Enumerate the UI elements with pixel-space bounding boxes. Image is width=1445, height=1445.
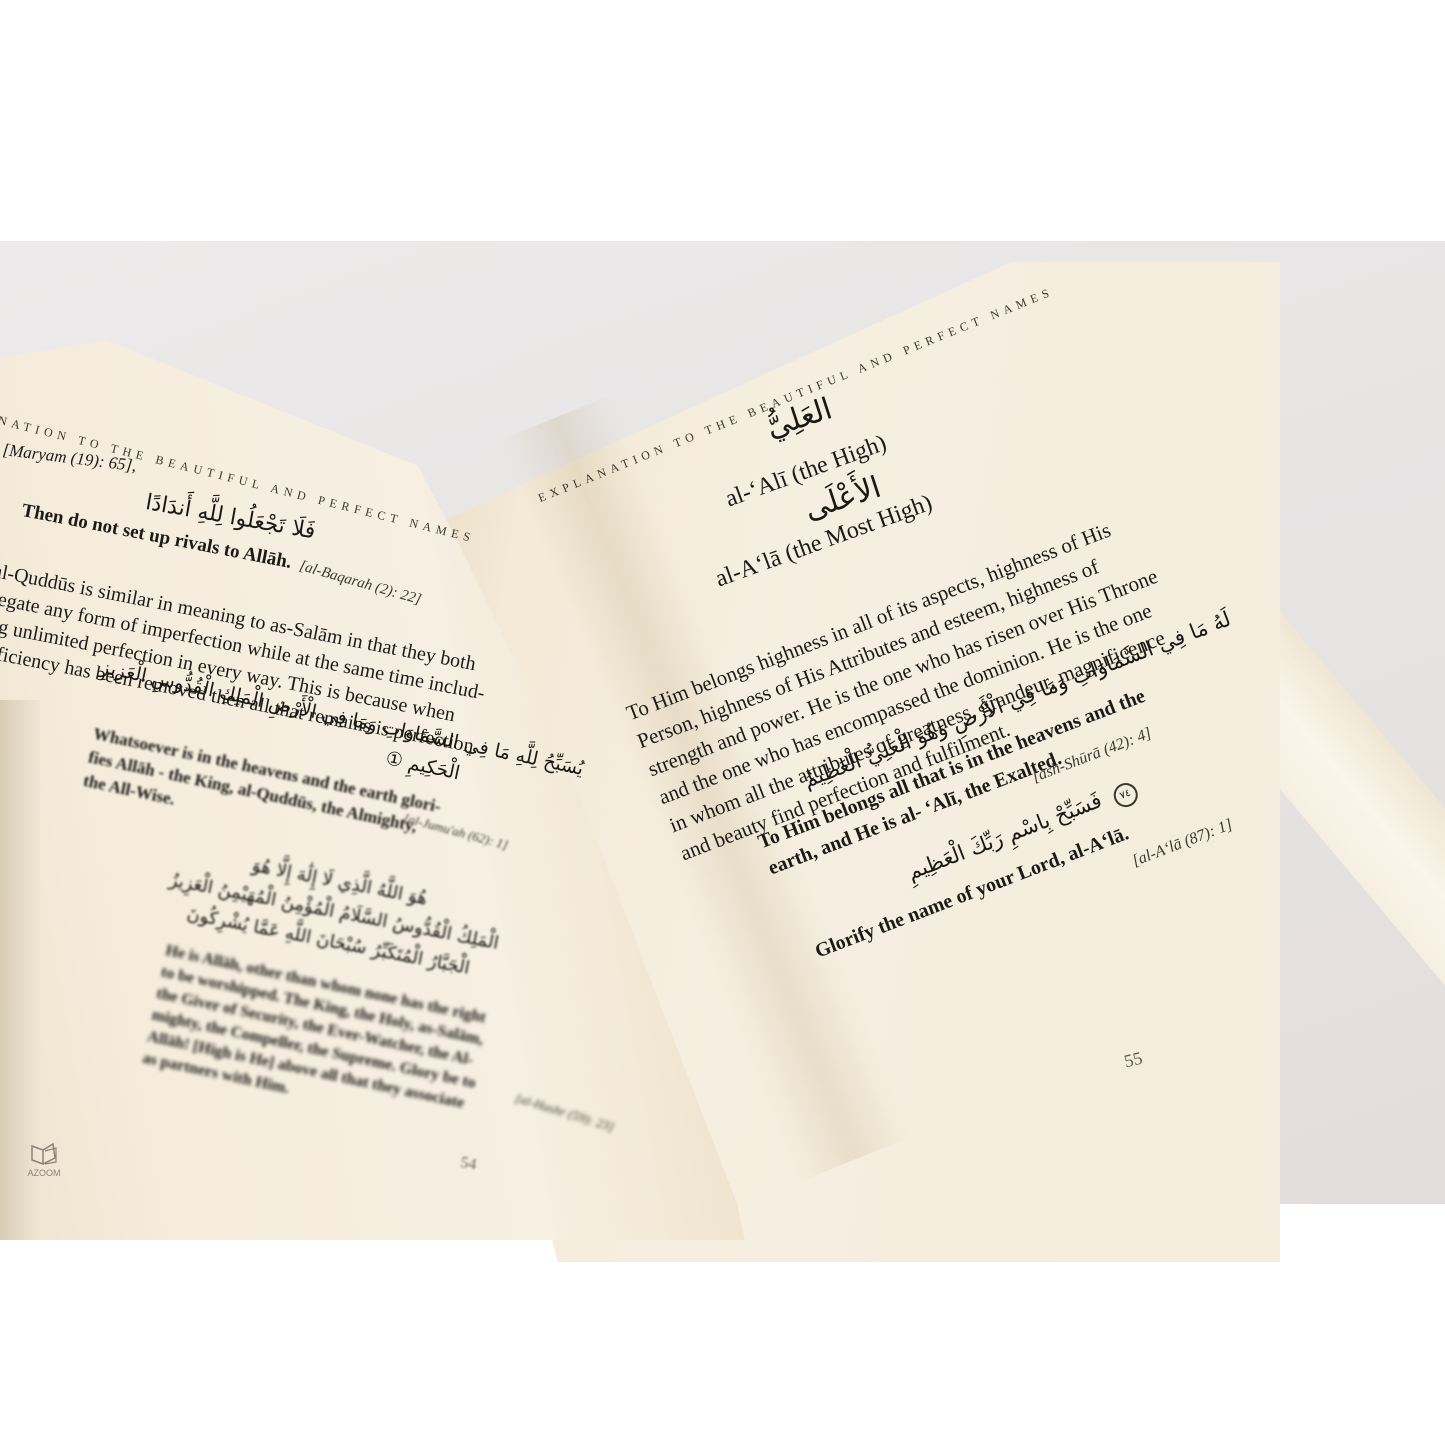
watermark-label: AZOOM xyxy=(28,1168,61,1178)
open-book-icon xyxy=(29,1142,59,1166)
left-page-number: 54 xyxy=(459,1154,478,1175)
watermark-logo: AZOOM xyxy=(22,1142,66,1178)
